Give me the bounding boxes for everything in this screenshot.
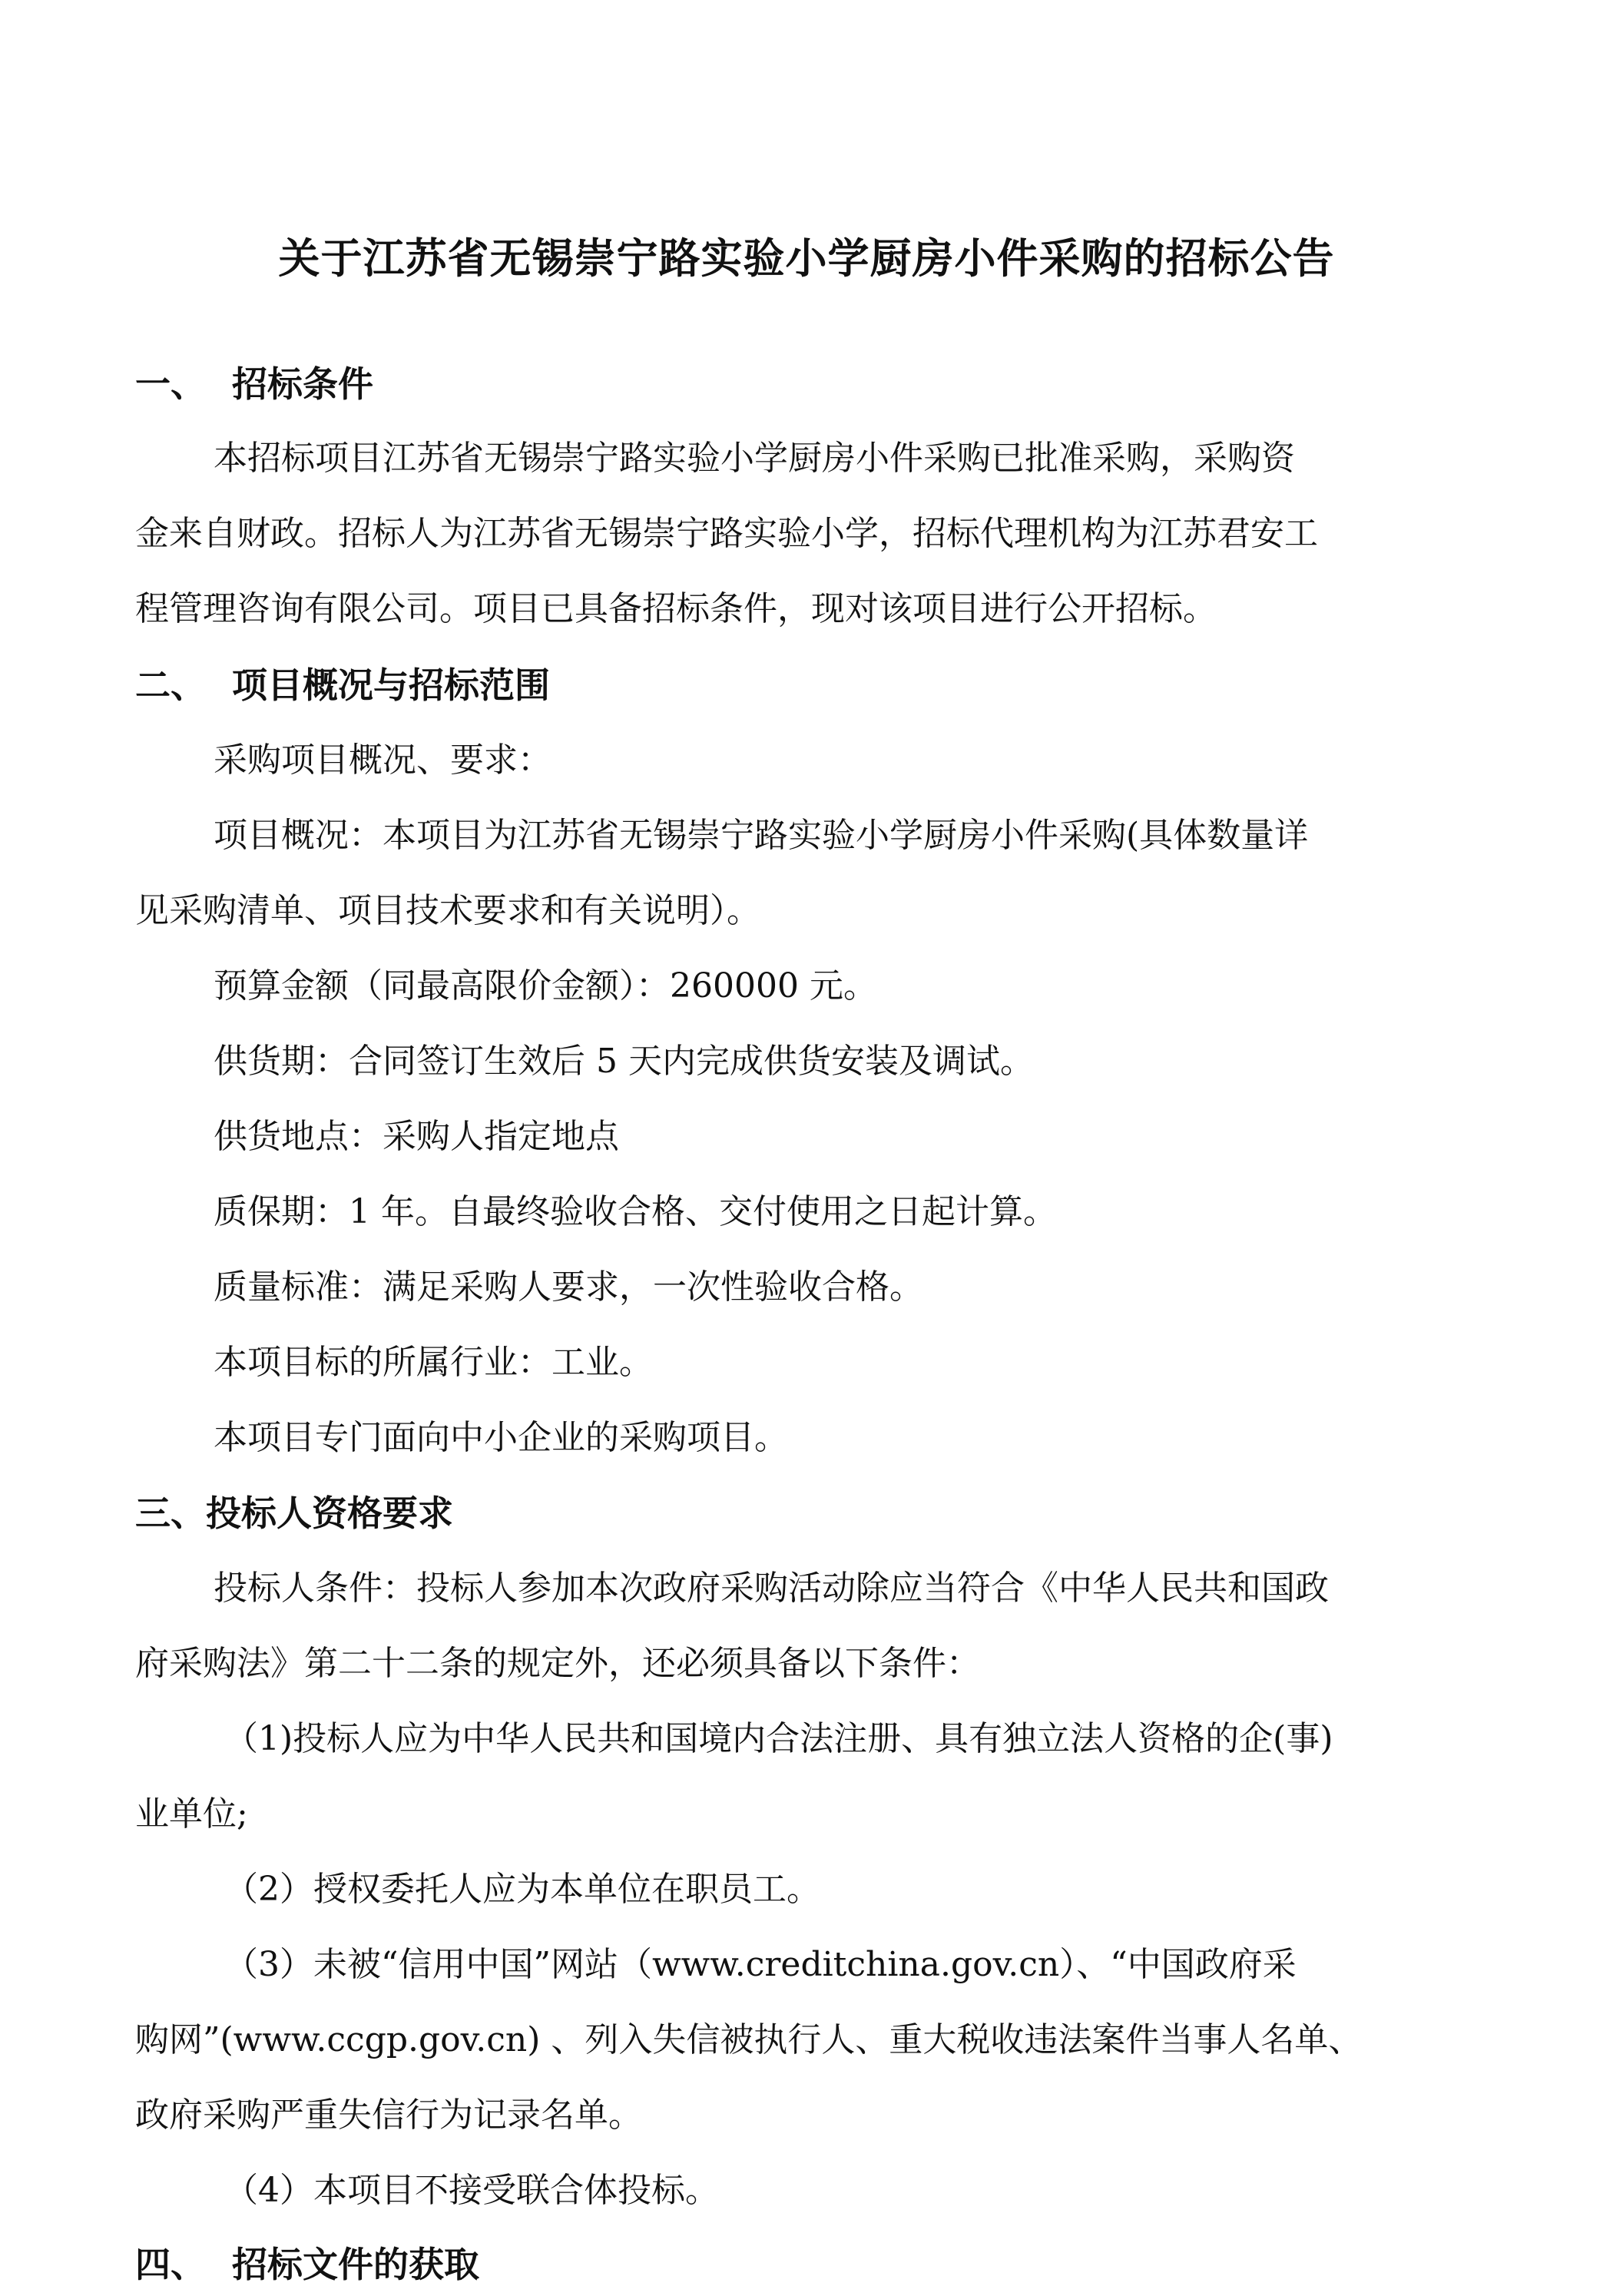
quality-standard-line: 质量标准：满足采购人要求，一次性验收合格。 — [214, 1264, 923, 1310]
section-number: 四、 — [135, 2241, 232, 2288]
paragraph-line: 程管理咨询有限公司。项目已具备招标条件，现对该项目进行公开招标。 — [135, 586, 1217, 632]
paragraph-line: 本招标项目江苏省无锡崇宁路实验小学厨房小件采购已批准采购，采购资 — [214, 436, 1295, 482]
paragraph-line: 采购项目概况、要求： — [214, 737, 551, 784]
delivery-period-line: 供货期：合同签订生效后 5 天内完成供货安装及调试。 — [214, 1039, 1034, 1085]
section-heading-1: 一、招标条件 — [135, 361, 373, 407]
industry-line: 本项目标的所属行业：工业。 — [214, 1340, 653, 1386]
section-title: 招标条件 — [232, 363, 373, 405]
budget-line: 预算金额（同最高限价金额）：260000 元。 — [214, 963, 877, 1009]
section-heading-3: 三、投标人资格要求 — [135, 1490, 453, 1536]
section-number: 二、 — [135, 662, 232, 708]
paragraph-line: 项目概况：本项目为江苏省无锡崇宁路实验小学厨房小件采购(具体数量详 — [214, 813, 1308, 859]
paragraph-line: 投标人条件：投标人参加本次政府采购活动除应当符合《中华人民共和国政 — [214, 1565, 1329, 1612]
section-heading-4: 四、招标文件的获取 — [135, 2241, 479, 2288]
section-title: 招标文件的获取 — [232, 2244, 479, 2285]
requirement-item-4: （4）本项目不接受联合体投标。 — [224, 2168, 719, 2214]
paragraph-line: 府采购法》第二十二条的规定外，还必须具备以下条件： — [135, 1641, 980, 1687]
requirement-item-2: （2）授权委托人应为本单位在职员工。 — [224, 1867, 820, 1913]
paragraph-line: 见采购清单、项目技术要求和有关说明）。 — [135, 888, 760, 934]
page-title: 关于江苏省无锡崇宁路实验小学厨房小件采购的招标公告 — [0, 232, 1613, 286]
section-heading-2: 二、项目概况与招标范围 — [135, 662, 550, 708]
section-title: 项目概况与招标范围 — [232, 664, 550, 706]
requirement-item-1: （1)投标人应为中华人民共和国境内合法注册、具有独立法人资格的企(事) — [224, 1716, 1333, 1762]
warranty-line: 质保期：1 年。自最终验收合格、交付使用之日起计算。 — [214, 1189, 1057, 1235]
paragraph-line: 业单位; — [135, 1791, 248, 1837]
document-page: 关于江苏省无锡崇宁路实验小学厨房小件采购的招标公告 一、招标条件 本招标项目江苏… — [0, 0, 1613, 2296]
delivery-location-line: 供货地点：采购人指定地点 — [214, 1114, 619, 1160]
section-number: 三、 — [135, 1490, 206, 1536]
paragraph-line: 政府采购严重失信行为记录名单。 — [135, 2092, 642, 2139]
section-title: 投标人资格要求 — [206, 1493, 453, 1534]
requirement-item-3: （3）未被“信用中国”网站（www.creditchina.gov.cn）、“中… — [224, 1942, 1297, 1988]
section-number: 一、 — [135, 361, 232, 407]
sme-line: 本项目专门面向中小企业的采购项目。 — [214, 1415, 788, 1461]
paragraph-line: 购网”(www.ccgp.gov.cn) 、列入失信被执行人、重大税收违法案件当… — [135, 2017, 1362, 2063]
paragraph-line: 金来自财政。招标人为江苏省无锡崇宁路实验小学，招标代理机构为江苏君安工 — [135, 511, 1318, 557]
